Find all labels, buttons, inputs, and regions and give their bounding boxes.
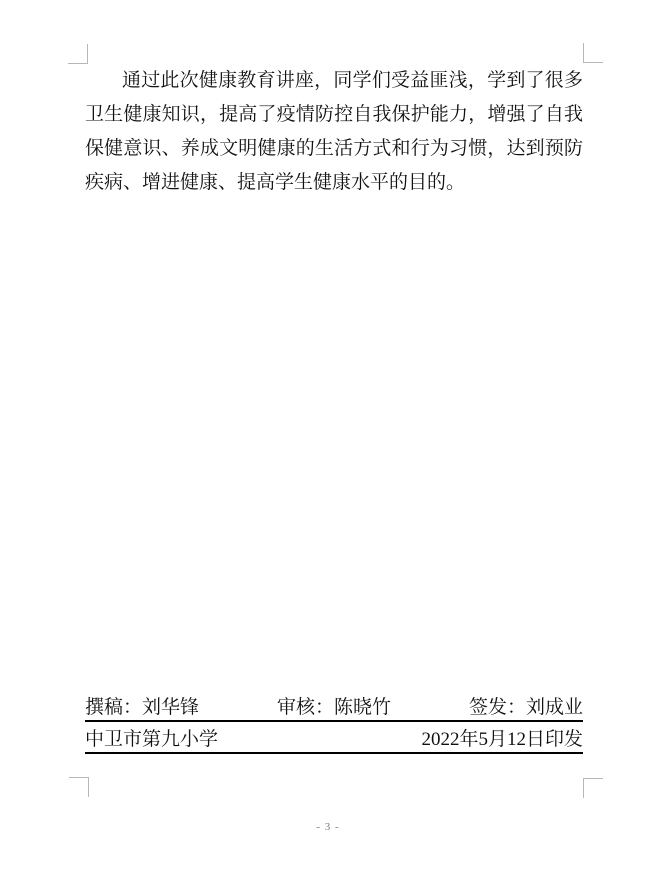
paragraph-line-2: 卫生健康知识，提高了疫情防控自我保护能力，增强了自我: [85, 98, 583, 132]
issuer: 签发：刘成业: [469, 696, 583, 720]
text-boundary-mark-top-left: [68, 44, 88, 64]
paragraph-line-4: 疾病、增进健康、提高学生健康水平的目的。: [85, 166, 583, 200]
paragraph-line-3: 保健意识、养成文明健康的生活方式和行为习惯，达到预防: [85, 132, 583, 166]
footer-rule-bottom: [85, 752, 583, 754]
drafter: 撰稿：刘华锋: [85, 696, 199, 720]
text-boundary-mark-bottom-left: [69, 777, 89, 797]
reviewer-label: 审核：: [277, 697, 334, 718]
footer-signature-row: 撰稿：刘华锋 审核：陈晓竹 签发：刘成业: [85, 696, 583, 720]
footer-rule-top: [85, 720, 583, 722]
reviewer-name: 陈晓竹: [334, 697, 391, 718]
footer-issuance-row: 中卫市第九小学 2022年5月12日印发: [85, 728, 583, 752]
issuer-label: 签发：: [469, 697, 526, 718]
drafter-label: 撰稿：: [85, 697, 142, 718]
print-date: 2022年5月12日印发: [421, 728, 583, 752]
issuer-name: 刘成业: [526, 697, 583, 718]
text-boundary-mark-bottom-right: [583, 778, 603, 798]
text-boundary-mark-top-right: [583, 43, 603, 63]
document-page: 通过此次健康教育讲座，同学们受益匪浅，学到了很多 卫生健康知识，提高了疫情防控自…: [0, 0, 668, 872]
drafter-name: 刘华锋: [142, 697, 199, 718]
reviewer: 审核：陈晓竹: [277, 696, 391, 720]
paragraph-line-1: 通过此次健康教育讲座，同学们受益匪浅，学到了很多: [85, 64, 583, 98]
body-paragraph: 通过此次健康教育讲座，同学们受益匪浅，学到了很多 卫生健康知识，提高了疫情防控自…: [85, 64, 583, 200]
organization-name: 中卫市第九小学: [85, 728, 218, 752]
page-number: - 3 -: [0, 820, 656, 834]
